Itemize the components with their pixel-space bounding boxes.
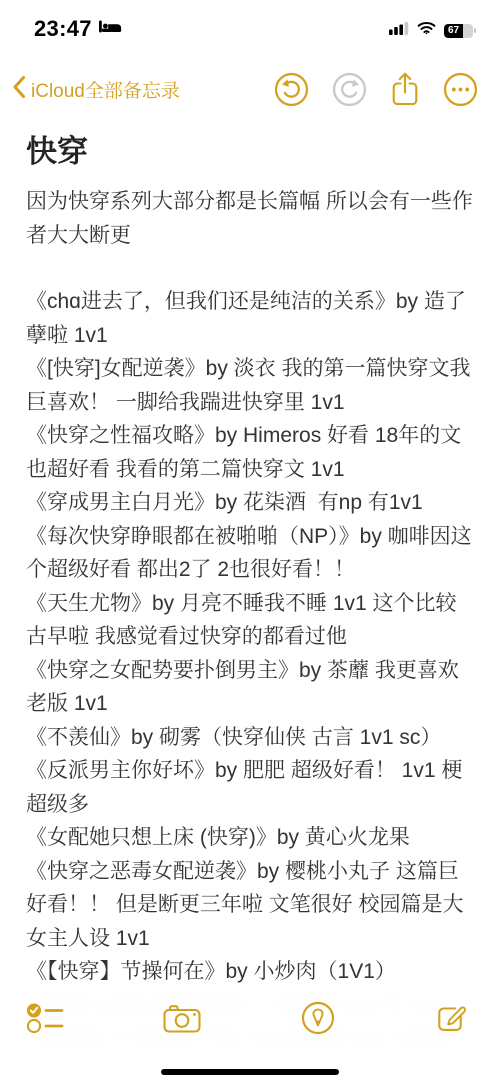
checklist-icon (26, 1002, 64, 1039)
note-entry: 《女配她只想上床 (快穿)》by 黄心火龙果 (26, 821, 474, 855)
note-entry: 《不羡仙》by 砌雾（快穿仙侠 古言 1v1 sc） (26, 721, 474, 755)
status-bar-left: 23:47 (34, 16, 122, 42)
note-entry: 《快穿之女配势要扑倒男主》by 茶蘼 我更喜欢老版 1v1 (26, 654, 474, 721)
more-button[interactable] (443, 72, 478, 107)
compose-icon (434, 1002, 470, 1040)
nav-actions (274, 71, 488, 108)
note-entry: 《天生尤物》by 月亮不睡我不睡 1v1 这个比较古早啦 我感觉看过快穿的都看过… (26, 587, 474, 654)
note-entry: 《每次快穿睁眼都在被啪啪（NP）》by 咖啡因这个超级好看 都出2了 2也很好看… (26, 520, 474, 587)
note-entry: 《快穿之性福攻略》by Himeros 好看 18年的文也超好看 我看的第二篇快… (26, 419, 474, 486)
back-button[interactable]: iCloud全部备忘录 (12, 75, 180, 104)
camera-button[interactable] (163, 1004, 201, 1038)
clock: 23:47 (34, 16, 92, 42)
note-entry: 《chɑ进去了，但我们还是纯洁的关系》by 造了孽啦 1v1 (26, 285, 474, 352)
home-indicator[interactable] (161, 1069, 339, 1075)
note-entry-list: 《chɑ进去了，但我们还是纯洁的关系》by 造了孽啦 1v1《[快穿]女配逆袭》… (26, 285, 474, 989)
note-entry: 《穿成男主白月光》by 花柒酒 有np 有1v1 (26, 486, 474, 520)
note-editor[interactable]: 快穿 因为快穿系列大部分都是长篇幅 所以会有一些作者大大断更 《chɑ进去了，但… (0, 118, 500, 1056)
note-entry: 《【快穿】节操何在》by 小炒肉（1V1） (26, 955, 474, 989)
camera-icon (163, 1004, 201, 1038)
redo-button[interactable] (332, 72, 367, 107)
checklist-button[interactable] (26, 1002, 64, 1039)
markup-icon (301, 1001, 335, 1040)
note-entry: 《[快穿]女配逆袭》by 淡衣 我的第一篇快穿文我巨喜欢！ 一脚给我踹进快穿里 … (26, 352, 474, 419)
back-chevron-icon (12, 75, 26, 104)
note-title: 快穿 (26, 126, 474, 171)
note-entry: 《反派男主你好坏》by 肥肥 超级好看！ 1v1 梗超级多 (26, 754, 474, 821)
sleep-bed-icon (99, 19, 122, 39)
battery-percent: 67 (444, 24, 463, 38)
bottom-toolbar (0, 985, 500, 1083)
cellular-signal-icon (389, 22, 409, 40)
note-entry: 《快穿之恶毒女配逆袭》by 樱桃小丸子 这篇巨好看！！ 但是断更三年啦 文笔很好… (26, 855, 474, 956)
notes-app-screen: 23:47 (0, 0, 500, 1083)
status-bar-right: 67 (389, 21, 476, 40)
wifi-icon (417, 21, 436, 40)
back-button-label: iCloud全部备忘录 (31, 76, 180, 103)
nav-bar: iCloud全部备忘录 (0, 62, 500, 116)
battery-icon: 67 (444, 24, 476, 38)
share-button[interactable] (390, 71, 420, 108)
note-intro: 因为快穿系列大部分都是长篇幅 所以会有一些作者大大断更 (26, 185, 474, 252)
undo-button[interactable] (274, 72, 309, 107)
compose-button[interactable] (434, 1002, 470, 1040)
markup-button[interactable] (301, 1001, 335, 1040)
